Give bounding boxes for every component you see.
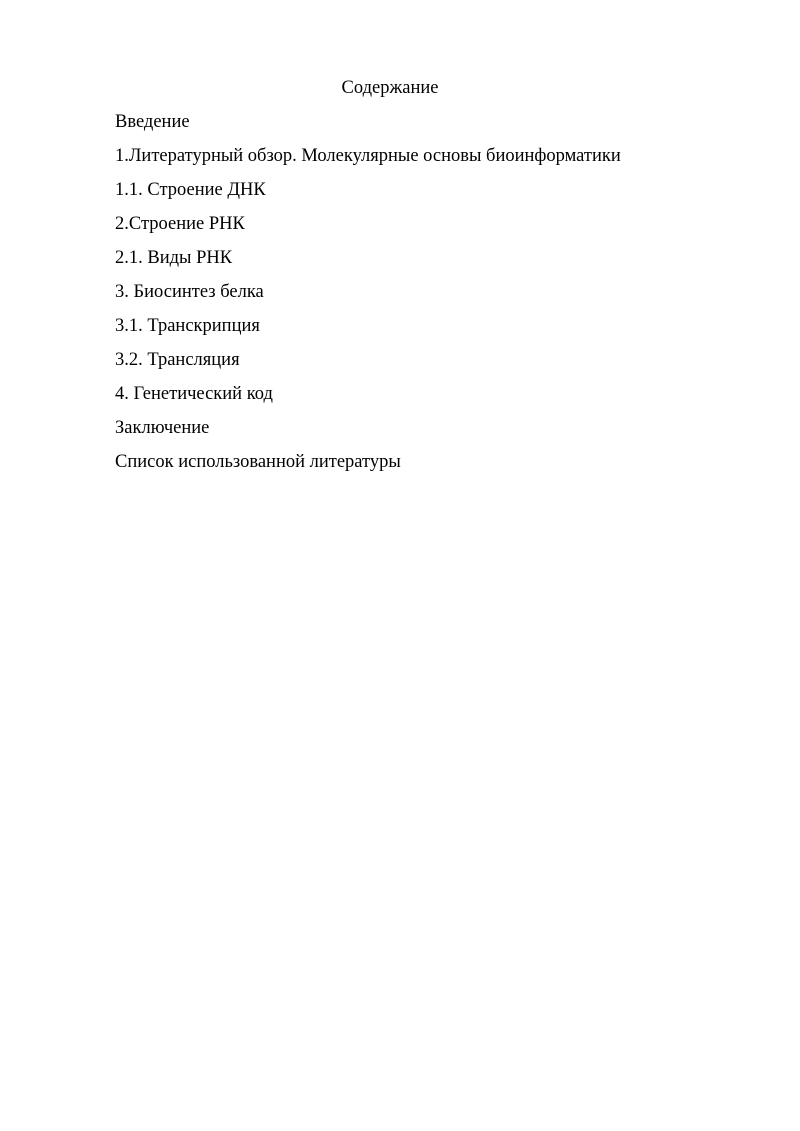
document-page: Содержание Введение 1.Литературный обзор… (0, 0, 800, 1131)
toc-item-transcription: 3.1. Транскрипция (115, 314, 621, 348)
toc-item-references: Список использованной литературы (115, 450, 621, 484)
toc-item-rna-structure: 2.Строение РНК (115, 212, 621, 246)
toc-item-introduction: Введение (115, 110, 621, 144)
toc-item-literature-review: 1.Литературный обзор. Молекулярные основ… (115, 144, 621, 178)
toc-item-dna-structure: 1.1. Строение ДНК (115, 178, 621, 212)
toc-item-rna-types: 2.1. Виды РНК (115, 246, 621, 280)
toc-item-conclusion: Заключение (115, 416, 621, 450)
toc-item-genetic-code: 4. Генетический код (115, 382, 621, 416)
toc-item-protein-biosynthesis: 3. Биосинтез белка (115, 280, 621, 314)
toc-item-translation: 3.2. Трансляция (115, 348, 621, 382)
table-of-contents: Введение 1.Литературный обзор. Молекуляр… (115, 110, 621, 484)
toc-title: Содержание (0, 76, 780, 100)
